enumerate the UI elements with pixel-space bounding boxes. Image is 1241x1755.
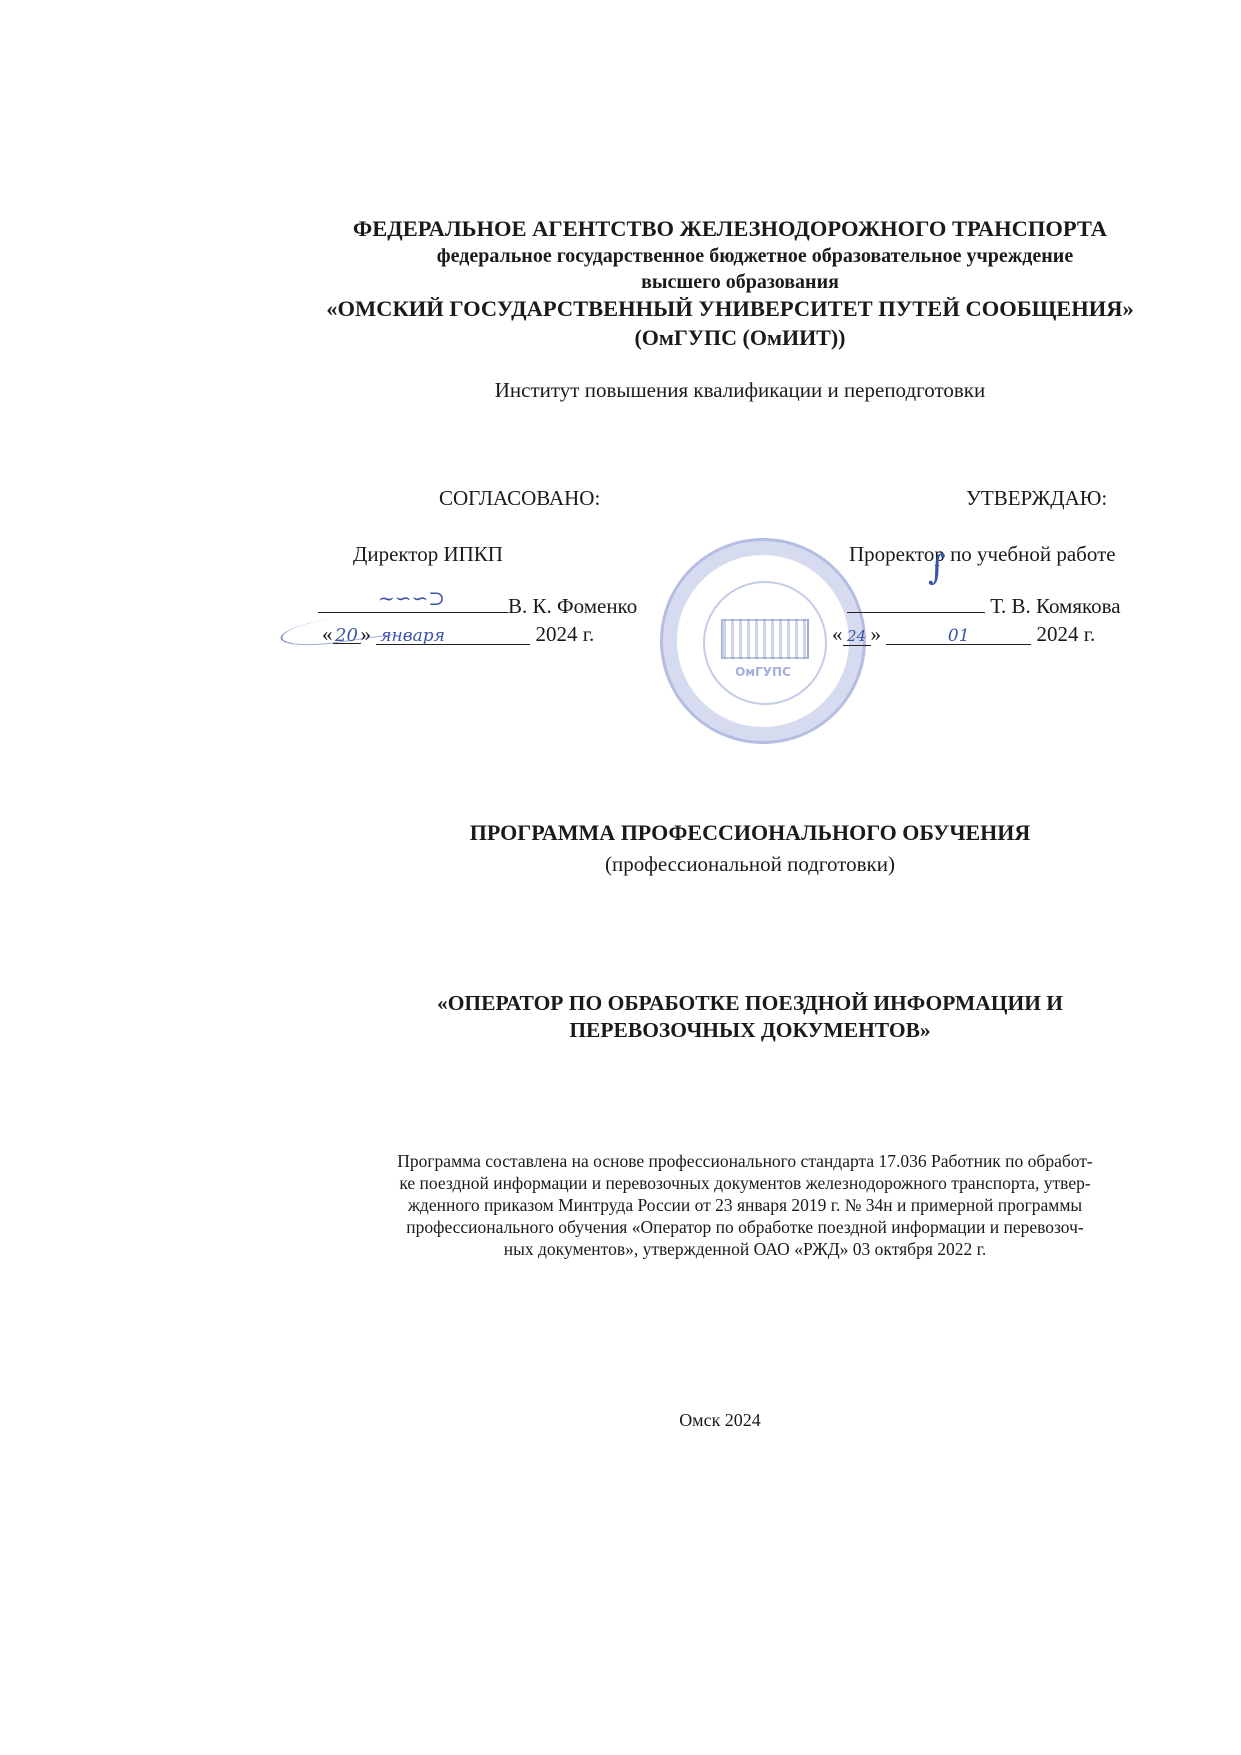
date-month: января xyxy=(376,626,530,645)
basis-line: профессионального обучения «Оператор по … xyxy=(330,1216,1160,1238)
stamp-building-emblem-icon xyxy=(721,619,809,659)
handwritten-signature: ~∽∽⊃ xyxy=(378,586,445,610)
quote-close: » xyxy=(871,622,882,646)
approval-right-signature-line: Т. В. Комякова xyxy=(847,594,1121,619)
institution-type: федеральное государственное бюджетное об… xyxy=(330,245,1180,268)
profession-title: «ОПЕРАТОР ПО ОБРАБОТКЕ ПОЕЗДНОЙ ИНФОРМАЦ… xyxy=(380,990,1120,1044)
approval-right-heading: УТВЕРЖДАЮ: xyxy=(966,486,1107,511)
institute-name: Институт повышения квалификации и перепо… xyxy=(300,378,1180,403)
basis-line: Программа составлена на основе профессио… xyxy=(330,1150,1160,1172)
city-year: Омск 2024 xyxy=(620,1410,820,1431)
basis-line: жденного приказом Минтруда России от 23 … xyxy=(330,1194,1160,1216)
signatory-name: Т. В. Комякова xyxy=(990,594,1120,618)
approval-right-date: «24» 01 2024 г. xyxy=(832,622,1095,647)
profession-title-line2: ПЕРЕВОЗОЧНЫХ ДОКУМЕНТОВ» xyxy=(380,1017,1120,1044)
program-basis-paragraph: Программа составлена на основе профессио… xyxy=(330,1150,1160,1260)
approval-left-heading: СОГЛАСОВАНО: xyxy=(439,486,600,511)
university-abbreviation: (ОмГУПС (ОмИИТ)) xyxy=(300,325,1180,351)
university-name: «ОМСКИЙ ГОСУДАРСТВЕННЫЙ УНИВЕРСИТЕТ ПУТЕ… xyxy=(280,296,1180,322)
signature-line: ~∽∽⊃ xyxy=(318,594,508,613)
date-year: 2024 г. xyxy=(1037,622,1096,646)
signature-line xyxy=(847,594,985,613)
date-year: 2024 г. xyxy=(536,622,595,646)
date-month: 01 xyxy=(886,626,1031,645)
program-subtitle: (профессиональной подготовки) xyxy=(380,852,1120,877)
basis-line: ных документов», утвержденной ОАО «РЖД» … xyxy=(330,1238,1160,1260)
basis-line: ке поездной информации и перевозочных до… xyxy=(330,1172,1160,1194)
handwritten-signature-right: ∫ xyxy=(928,548,946,588)
approval-left-position: Директор ИПКП xyxy=(353,542,503,567)
institution-level: высшего образования xyxy=(300,271,1180,294)
stamp-text: ОмГУПС xyxy=(663,665,863,679)
date-day: 24 xyxy=(843,627,871,646)
signatory-name: В. К. Фоменко xyxy=(508,594,637,618)
quote-open: « xyxy=(832,622,843,646)
profession-title-line1: «ОПЕРАТОР ПО ОБРАБОТКЕ ПОЕЗДНОЙ ИНФОРМАЦ… xyxy=(380,990,1120,1017)
program-title: ПРОГРАММА ПРОФЕССИОНАЛЬНОГО ОБУЧЕНИЯ xyxy=(380,820,1120,846)
agency-name: ФЕДЕРАЛЬНОЕ АГЕНТСТВО ЖЕЛЕЗНОДОРОЖНОГО Т… xyxy=(300,216,1160,242)
approval-right-position: Проректор по учебной работе xyxy=(849,542,1116,567)
